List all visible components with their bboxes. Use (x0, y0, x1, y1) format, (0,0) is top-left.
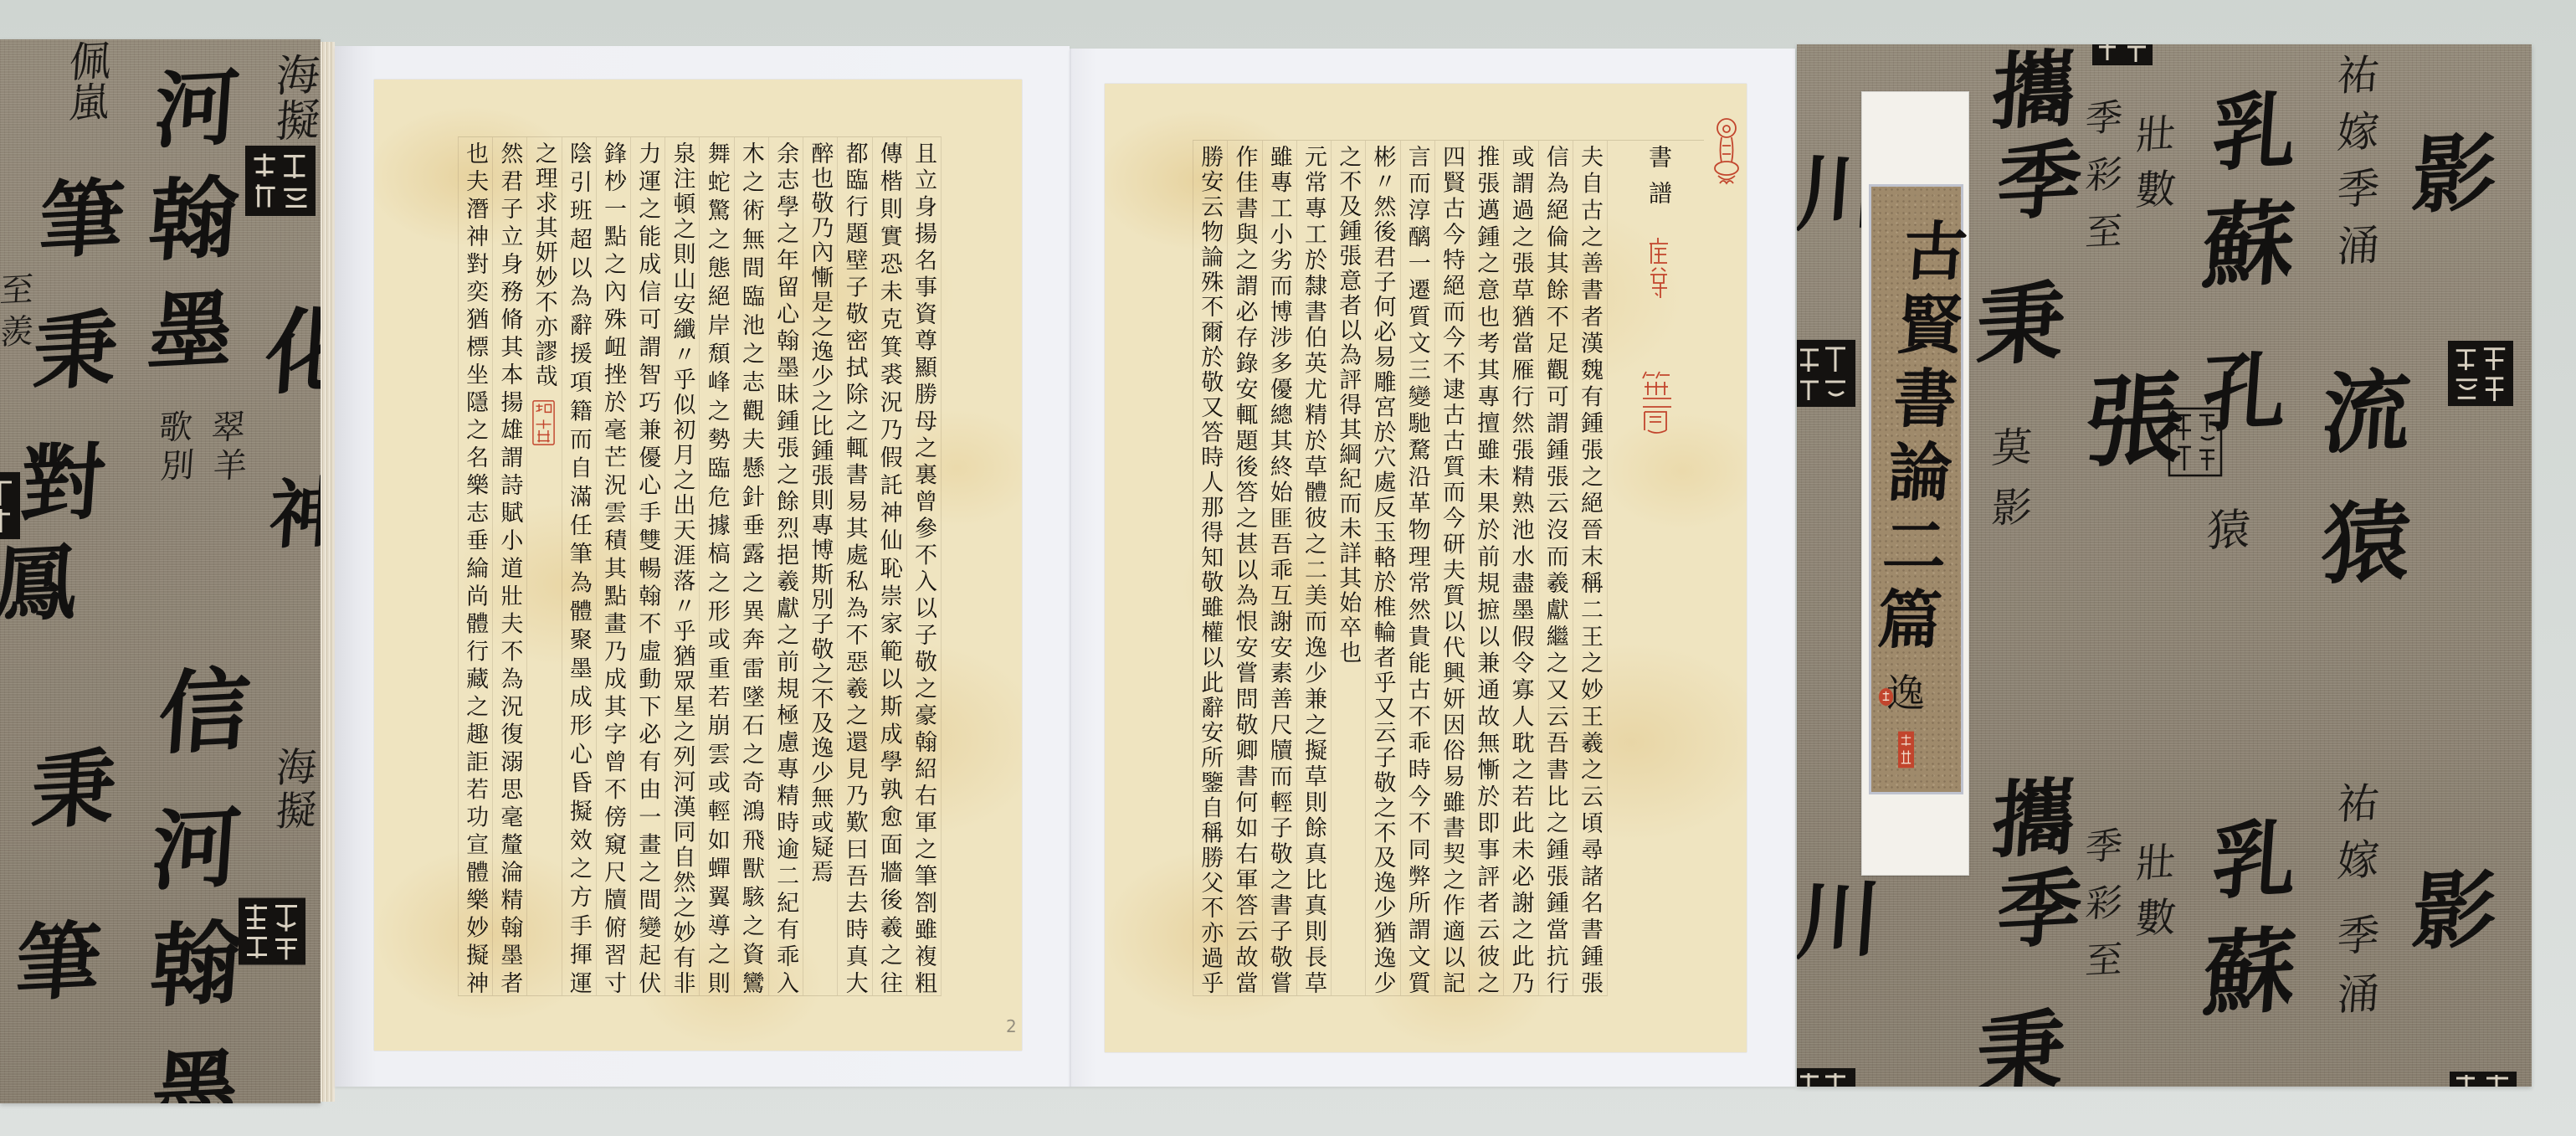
cursive-glyph: 筆 (13, 918, 104, 1005)
cursive-glyph: 信 (156, 665, 253, 760)
text-column: 之理求其妍妙不亦謬哉 (526, 137, 561, 995)
cursive-glyph: 筆 (37, 175, 127, 263)
cursive-glyph: 嫁 (2336, 839, 2381, 883)
cursive-glyph: 墨 (146, 286, 236, 374)
cursive-glyph: 影 (2409, 866, 2500, 954)
cursive-glyph: 壯 (2134, 114, 2178, 156)
black-square-seal-icon (239, 896, 305, 967)
cursive-glyph: 別 (159, 449, 195, 484)
cursive-glyph: 攜 (1988, 46, 2079, 134)
cursive-glyph: 攜 (1988, 774, 2079, 862)
cursive-glyph: 翠 (210, 410, 246, 445)
text-column: 然君子立身務脩其本揚雄謂詩賦小道壯夫不為況復溺思毫釐淪精翰墨者 (492, 137, 526, 995)
text-column: 言而淳醨一遷質文三變馳騖沿革物理常然貴能古不乖時今不同弊所謂文質 (1400, 141, 1434, 995)
text-column: 信為絕倫其餘不足觀可謂鍾張云沒而羲獻繼之又云吾書比之鍾張鍾當抗行 (1538, 141, 1573, 995)
right-cloth-cover: 攜 季 秉 乳 蘇 祐 嫁 季 涌 影 季 彩 至 壯 數 張 孔 流 猿 猿 … (1797, 44, 2532, 1087)
cursive-glyph: 秉 (28, 745, 119, 833)
cursive-glyph: 季 (1994, 136, 2085, 224)
cursive-glyph: 翰 (147, 918, 244, 1013)
cursive-glyph: 至 (2084, 213, 2123, 252)
cursive-glyph: 彩 (2084, 157, 2123, 195)
cursive-glyph: 至 (2084, 942, 2123, 980)
text-column: 泉注頓之則山安纖〃乎似初月之出天涯落〃乎猶眾星之列河漢同自然之妙有非 (665, 137, 699, 995)
cursive-glyph: 數 (2134, 169, 2178, 211)
left-page-text: 且立身揚名事資尊顯勝母之裏曾參不入以子敬之豪翰紹右軍之筆劄雖複粗 傳楷則實恐未克… (458, 136, 942, 996)
cursive-glyph: 季 (2336, 167, 2381, 212)
cursive-glyph: 河 (149, 803, 244, 895)
cursive-glyph: 嵐 (68, 82, 111, 124)
text-column: 夫自古之善書者漢魏有鍾張之絕晉末稱二王之妙王羲之云頃尋諸名書鍾張 (1573, 141, 1607, 995)
red-round-seal-icon (1878, 686, 1894, 707)
red-square-seal-icon (532, 398, 555, 448)
text-column: 彬〃然後君子何必易雕宮於穴處反玉輅於椎輪者乎又云子敬之不及逸少猶逸少 (1365, 141, 1399, 995)
cursive-glyph: 海 (275, 54, 321, 100)
text-column: 鋒杪一點之內殊衄挫於毫芒況雲積其點畫乃成其字曾不傍窺尺牘俯習寸 (596, 137, 630, 995)
text-column: 或謂過之張草猶當雁行然張精熟池水盡墨假令寡人耽之若此未必謝之此乃 (1503, 141, 1537, 995)
cover-title-slip: 古賢書論二篇 逸 (1869, 184, 1963, 794)
page-number: 2 (1006, 1016, 1017, 1036)
cursive-glyph: 祐 (2336, 54, 2381, 98)
text-column: 之不及鍾張意者以為評得其綱紀而未詳其始卒也 (1331, 141, 1365, 995)
cursive-glyph: 對 (18, 439, 108, 527)
cursive-glyph: 季 (1994, 865, 2085, 953)
black-square-seal-icon (1797, 1068, 1855, 1087)
cursive-glyph: 莫 (1990, 427, 2034, 469)
cursive-glyph: 海 (275, 747, 318, 789)
text-column: 元常專工於隸書伯英尤精於草體彼之二美而逸少兼之擬草則餘真比真則長草 (1296, 141, 1331, 995)
cursive-glyph: 季 (2084, 828, 2123, 866)
cursive-glyph: 數 (2134, 897, 2178, 939)
cursive-glyph: 川 (1797, 876, 1884, 964)
text-column: 都臨行題壁子敬密拭除之輒書易其處私為不惡羲之還見乃歎曰吾去時真大 (837, 137, 871, 995)
text-column: 舞蛇驚之態絕岸頹峰之勢臨危據槁之形或重若崩雲或輕如蟬翼導之則 (699, 137, 733, 995)
cursive-glyph: 秉 (1973, 1006, 2068, 1087)
cursive-glyph: 流 (2319, 366, 2414, 458)
text-column: 推張邁鍾之意也考其專擅雖未果於前規摭以兼通故無慚於即事評者云彼之 (1469, 141, 1503, 995)
text-column: 作佳書與之謂必存錄安輒題後答之甚以為恨安嘗問敬卿書何如右軍答云故當 (1227, 141, 1261, 995)
cursive-glyph: 猿 (2205, 508, 2252, 554)
ruled-line (1608, 140, 1704, 141)
cursive-glyph: 壯 (2134, 842, 2178, 884)
cursive-glyph: 河 (151, 64, 242, 152)
album-photo: 佩 嵐 河 翰 墨 筆 秉 對 海 擬 化 神 歌 別 翠 羊 信 河 翰 墨 … (0, 0, 2576, 1136)
text-column: 四賢古今特絕而今不逮古古質而今研夫質以代興妍因俗易雖書契之作適以記 (1434, 141, 1469, 995)
text-column: 醉也敬乃內慚是之逸少之比鍾張則專博斯別子敬之不及逸少無或疑焉 (803, 137, 837, 995)
cursive-glyph: 涌 (2336, 973, 2381, 1017)
cursive-glyph: 乳 (2209, 87, 2300, 175)
cursive-glyph: 祐 (2336, 782, 2381, 826)
cursive-glyph: 季 (2084, 100, 2123, 138)
right-page-text: 夫自古之善書者漢魏有鍾張之絕晉末稱二王之妙王羲之云頃尋諸名書鍾張 信為絕倫其餘不… (1193, 140, 1608, 996)
text-column: 木之術無間臨池之志觀夫懸針垂露之異奔雷墜石之奇鴻飛獸駭之資鸞 (734, 137, 768, 995)
cursive-glyph: 歌 (157, 410, 193, 445)
cursive-glyph: 嫁 (2336, 111, 2381, 155)
text-column: 且立身揚名事資尊顯勝母之裏曾參不入以子敬之豪翰紹右軍之筆劄雖複粗 (906, 137, 941, 995)
text-column: 雖專工小劣而博涉多優總其終始匪吾乖互謝安素善尺牘而輕子敬之書子敬嘗 (1262, 141, 1296, 995)
cursive-glyph: 蘇 (2199, 197, 2298, 294)
black-square-seal-icon (1797, 340, 1855, 407)
cursive-glyph: 神 (267, 475, 321, 554)
cursive-glyph: 彩 (2084, 885, 2123, 923)
page-title: 書譜 (1642, 145, 1676, 224)
cursive-glyph: 季 (2336, 914, 2381, 959)
outline-square-seal-icon (2168, 407, 2223, 477)
cursive-glyph: 鳳 (0, 539, 80, 627)
black-square-seal-icon (2448, 340, 2513, 407)
cursive-glyph: 佩 (68, 40, 113, 85)
text-column: 也夫潛神對奕猶標坐隱之名樂志垂綸尚體行藏之趣詎若功宣體樂妙擬神 (458, 137, 492, 995)
text-column: 陰引班超以為辭援項籍而自滿任筆為體聚墨成形心昏擬效之方手揮運 (562, 137, 596, 995)
cursive-glyph: 猿 (2319, 496, 2414, 589)
text-column: 余志學之年留心翰墨昧鍾張之餘烈挹羲獻之前規極慮專精時逾二紀有乖入 (768, 137, 803, 995)
cursive-glyph: 擬 (275, 790, 318, 832)
black-square-seal-icon (0, 469, 20, 542)
text-column: 力運之能成信可謂智巧兼優心手雙暢翰不虛動下必有由一畫之間變起伏 (630, 137, 665, 995)
red-square-seal-icon (1898, 731, 1914, 768)
text-column: 勝安云物論殊不爾於敬又答時人那得知敬雖權以此辭安所鑒自稱勝父不亦過乎 (1193, 141, 1227, 995)
cursive-glyph: 秉 (30, 306, 121, 394)
black-square-seal-icon (245, 146, 316, 216)
buddha-figure-seal-icon (1713, 117, 1740, 188)
cursive-glyph: 秉 (1973, 278, 2068, 370)
cursive-glyph: 化 (263, 303, 321, 400)
cursive-glyph: 至 (0, 273, 35, 308)
cursive-glyph: 蘇 (2200, 924, 2299, 1021)
cursive-glyph: 羊 (212, 449, 248, 484)
cursive-glyph: 影 (1990, 487, 2034, 529)
black-square-seal-icon (2092, 44, 2153, 65)
cover-title-label: 古賢書論二篇 逸 (1861, 91, 1969, 876)
black-square-seal-icon (2450, 1072, 2517, 1087)
cursive-glyph: 乳 (2209, 815, 2300, 903)
red-two-character-seal-icon (1645, 236, 1672, 300)
cursive-glyph: 涌 (2336, 224, 2381, 269)
red-square-seal-icon (1638, 368, 1676, 437)
cursive-glyph: 翰 (146, 172, 241, 265)
cursive-glyph: 影 (2409, 130, 2500, 218)
cursive-glyph: 墨 (147, 1046, 242, 1103)
left-cloth-cover: 佩 嵐 河 翰 墨 筆 秉 對 海 擬 化 神 歌 別 翠 羊 信 河 翰 墨 … (0, 39, 321, 1103)
cursive-glyph: 羨 (0, 315, 35, 350)
page-stack-edges (321, 42, 335, 1102)
cursive-glyph: 擬 (275, 99, 321, 145)
cover-title: 古賢書論二篇 (1867, 218, 1966, 670)
text-column: 傳楷則實恐未克箕裘況乃假託神仙恥崇家範以斯成學孰愈面牆後羲之往 (872, 137, 906, 995)
